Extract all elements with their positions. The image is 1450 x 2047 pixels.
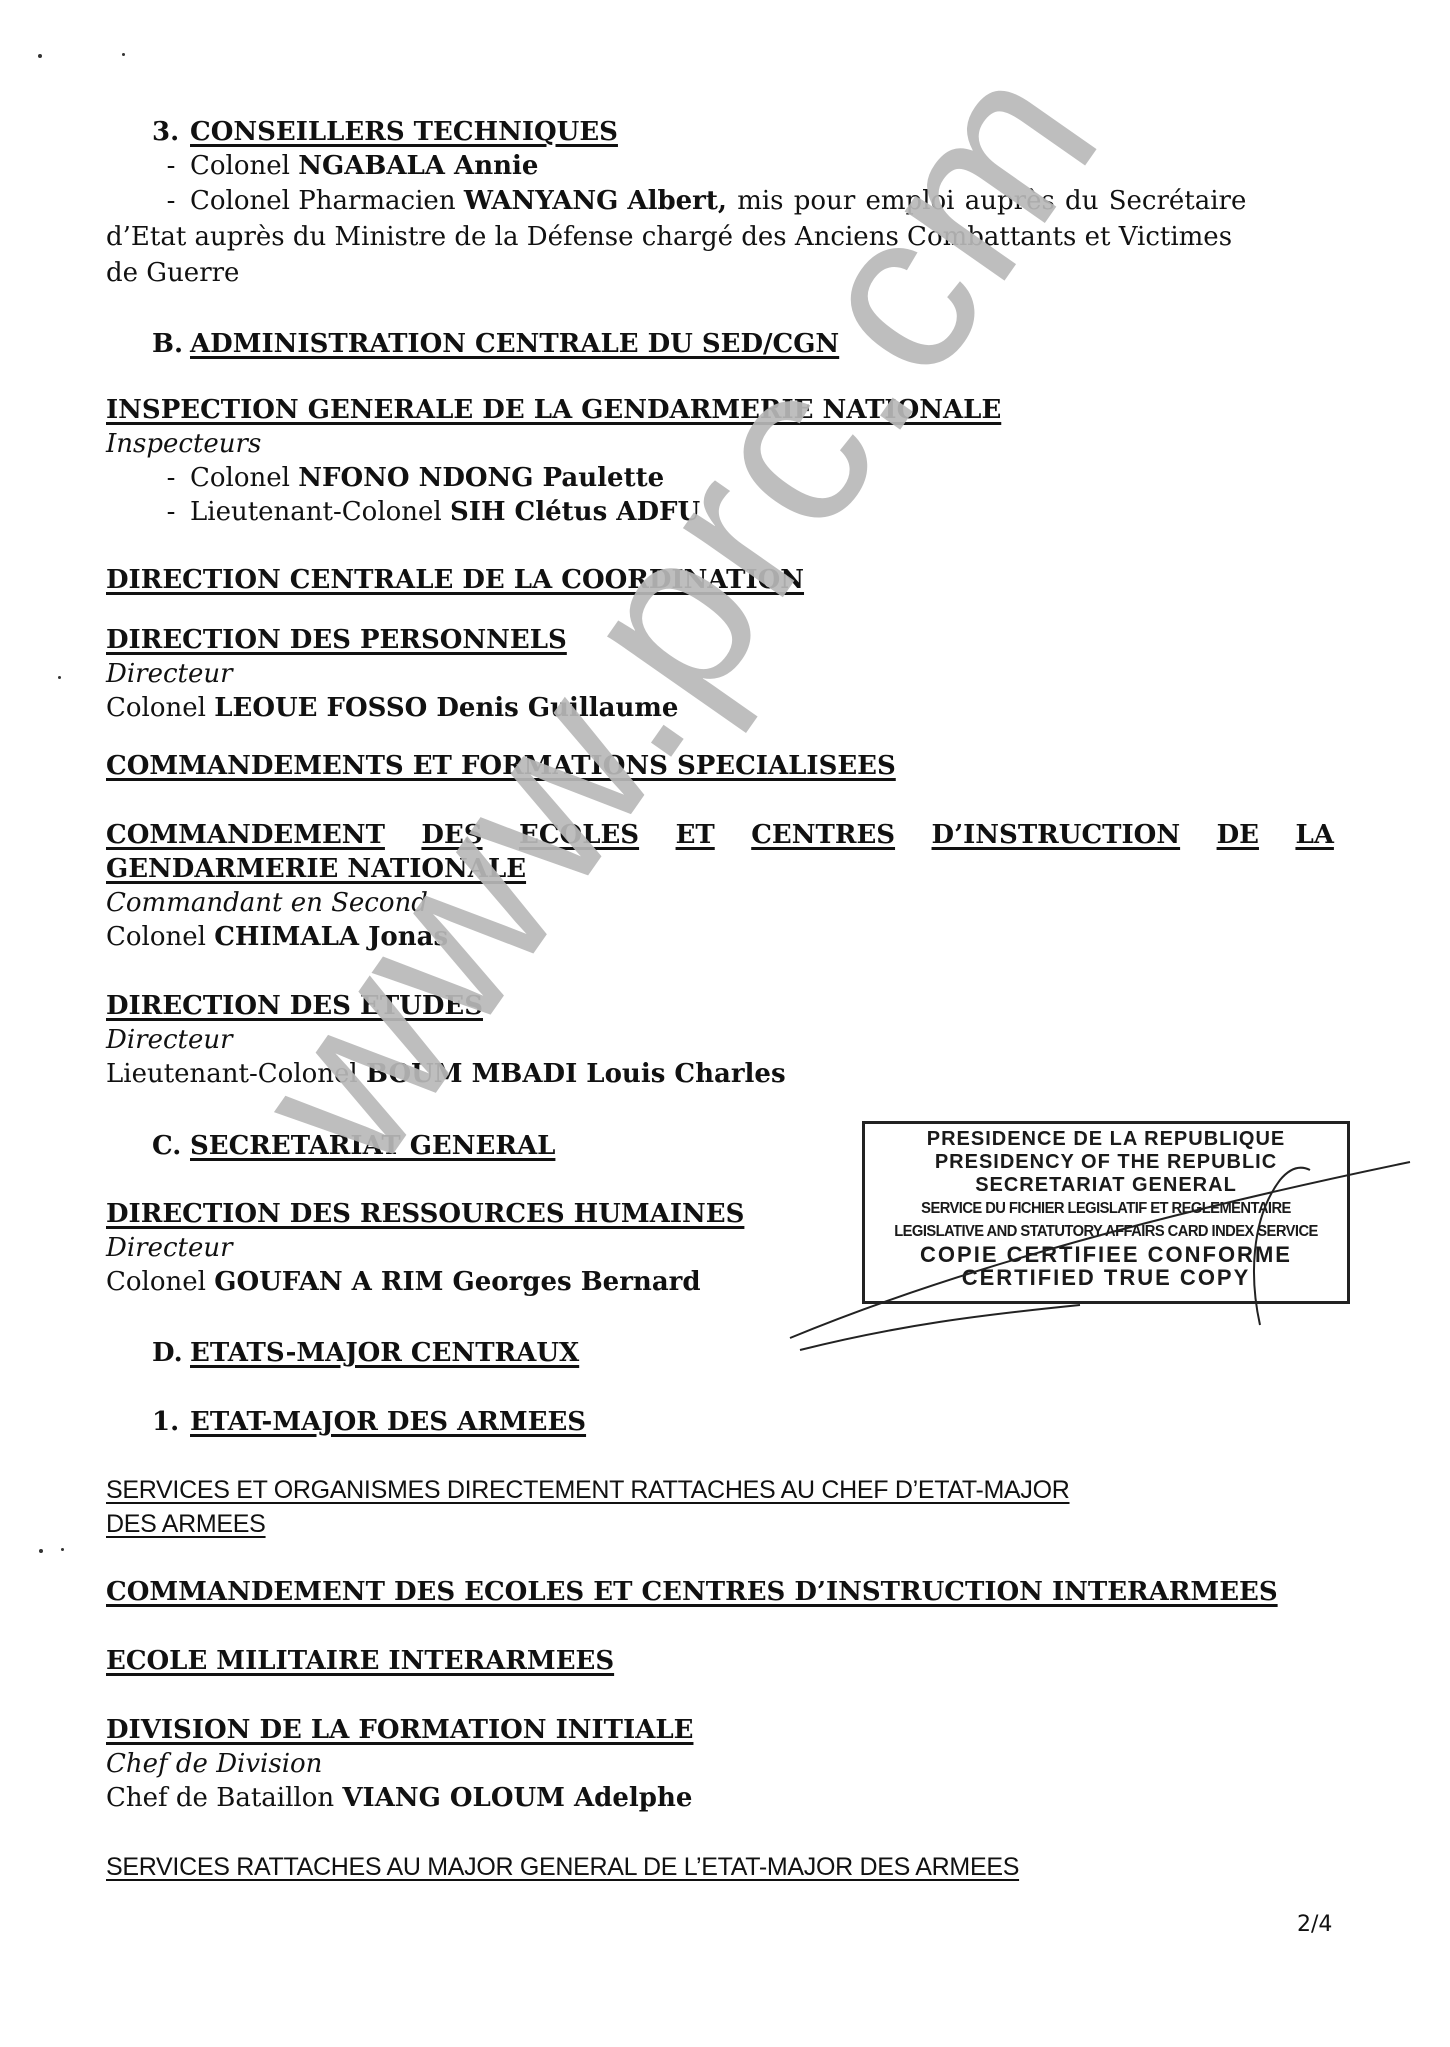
person-name: NFONO NDONG Paulette bbox=[298, 463, 664, 493]
heading-text: SECRETARIAT GENERAL bbox=[190, 1131, 555, 1161]
section-heading-admin-centrale: B.ADMINISTRATION CENTRALE DU SED/CGN bbox=[152, 327, 839, 361]
role-label: Commandant en Second bbox=[106, 886, 428, 920]
scan-speck bbox=[58, 676, 61, 679]
certification-stamp: PRESIDENCE DE LA REPUBLIQUE PRESIDENCY O… bbox=[862, 1121, 1350, 1304]
rank: Colonel bbox=[190, 151, 298, 181]
heading-word: CENTRES bbox=[751, 818, 895, 852]
heading-emia: ECOLE MILITAIRE INTERARMEES bbox=[106, 1644, 614, 1678]
person-name: BOUM MBADI Louis Charles bbox=[366, 1059, 786, 1089]
heading-services-cema: SERVICES ET ORGANISMES DIRECTEMENT RATTA… bbox=[106, 1473, 1070, 1507]
bullet-dash: - bbox=[152, 184, 190, 218]
heading-ressources-humaines: DIRECTION DES RESSOURCES HUMAINES bbox=[106, 1197, 744, 1231]
document-page: 3.CONSEILLERS TECHNIQUES -Colonel NGABAL… bbox=[0, 0, 1450, 2047]
list-item: -Lieutenant-Colonel SIH Clétus ADFU bbox=[152, 495, 700, 529]
heading-ecoles-gn-line2: GENDARMERIE NATIONALE bbox=[106, 852, 526, 886]
role-label: Directeur bbox=[106, 1231, 233, 1265]
heading-word: D’INSTRUCTION bbox=[932, 818, 1181, 852]
person-line: Colonel LEOUE FOSSO Denis Guillaume bbox=[106, 691, 678, 725]
person-name: WANYANG Albert, bbox=[464, 186, 727, 216]
person-line: Lieutenant-Colonel BOUM MBADI Louis Char… bbox=[106, 1057, 786, 1091]
person-name: GOUFAN A RIM Georges Bernard bbox=[214, 1267, 700, 1297]
heading-ecoles-gn: COMMANDEMENT DES ECOLES ET CENTRES D’INS… bbox=[106, 818, 1334, 852]
heading-commandements: COMMANDEMENTS ET FORMATIONS SPECIALISEES bbox=[106, 749, 896, 783]
scan-speck bbox=[122, 53, 125, 56]
rank: Colonel bbox=[106, 922, 214, 952]
heading-text: ETATS-MAJOR CENTRAUX bbox=[190, 1338, 579, 1368]
heading-word: DE bbox=[1217, 818, 1259, 852]
list-item: -Colonel NFONO NDONG Paulette bbox=[152, 461, 664, 495]
rank: Chef de Bataillon bbox=[106, 1783, 342, 1813]
heading-text: ADMINISTRATION CENTRALE DU SED/CGN bbox=[190, 329, 839, 359]
rank: Lieutenant-Colonel bbox=[190, 497, 450, 527]
heading-services-cema-line2: DES ARMEES bbox=[106, 1507, 266, 1541]
scan-speck bbox=[39, 1549, 43, 1553]
stamp-line: PRESIDENCE DE LA REPUBLIQUE bbox=[865, 1128, 1347, 1151]
heading-coordination: DIRECTION CENTRALE DE LA COORDINATION bbox=[106, 563, 804, 597]
section-number: 1. bbox=[152, 1405, 190, 1439]
stamp-line: SERVICE DU FICHIER LEGISLATIF ET REGLEME… bbox=[884, 1197, 1327, 1220]
section-heading-conseillers: 3.CONSEILLERS TECHNIQUES bbox=[152, 115, 618, 149]
stamp-line: PRESIDENCY OF THE REPUBLIC bbox=[865, 1151, 1347, 1174]
heading-text: ETAT-MAJOR DES ARMEES bbox=[190, 1407, 586, 1437]
bullet-dash: - bbox=[152, 149, 190, 183]
section-heading-etats-major: D.ETATS-MAJOR CENTRAUX bbox=[152, 1336, 579, 1370]
heading-services-major-general: SERVICES RATTACHES AU MAJOR GENERAL DE L… bbox=[106, 1850, 1019, 1884]
rank: Colonel bbox=[106, 1267, 214, 1297]
section-heading-secretariat: C.SECRETARIAT GENERAL bbox=[152, 1129, 555, 1163]
scan-speck bbox=[61, 1548, 64, 1551]
role-label: Chef de Division bbox=[106, 1747, 322, 1781]
section-letter: B. bbox=[152, 327, 190, 361]
assignment-note-line: d’Etat auprès du Ministre de la Défense … bbox=[106, 220, 1232, 254]
role-label: Directeur bbox=[106, 657, 233, 691]
heading-text: CONSEILLERS TECHNIQUES bbox=[190, 117, 618, 147]
scan-speck bbox=[38, 54, 42, 58]
assignment-note: mis pour emploi auprès du Secrétaire bbox=[727, 186, 1246, 216]
bullet-dash: - bbox=[152, 461, 190, 495]
section-number: 3. bbox=[152, 115, 190, 149]
bullet-dash: - bbox=[152, 495, 190, 529]
person-name: NGABALA Annie bbox=[298, 151, 538, 181]
rank: Colonel bbox=[106, 693, 214, 723]
stamp-line: CERTIFIED TRUE COPY bbox=[865, 1266, 1347, 1289]
person-line: Chef de Bataillon VIANG OLOUM Adelphe bbox=[106, 1781, 692, 1815]
person-name: SIH Clétus ADFU bbox=[450, 497, 700, 527]
list-item: -Colonel NGABALA Annie bbox=[152, 149, 538, 183]
rank: Lieutenant-Colonel bbox=[106, 1059, 366, 1089]
heading-word: LA bbox=[1295, 818, 1333, 852]
rank: Colonel Pharmacien bbox=[190, 186, 464, 216]
heading-word: ECOLES bbox=[519, 818, 639, 852]
stamp-line: LEGISLATIVE AND STATUTORY AFFAIRS CARD I… bbox=[884, 1220, 1327, 1243]
heading-inspection-generale: INSPECTION GENERALE DE LA GENDARMERIE NA… bbox=[106, 393, 1001, 427]
section-letter: C. bbox=[152, 1129, 190, 1163]
role-label: Directeur bbox=[106, 1023, 233, 1057]
person-line: Colonel CHIMALA Jonas bbox=[106, 920, 448, 954]
heading-word: COMMANDEMENT bbox=[106, 818, 385, 852]
stamp-line: SECRETARIAT GENERAL bbox=[865, 1174, 1347, 1197]
rank: Colonel bbox=[190, 463, 298, 493]
person-line: Colonel GOUFAN A RIM Georges Bernard bbox=[106, 1265, 701, 1299]
person-name: CHIMALA Jonas bbox=[214, 922, 448, 952]
heading-word: ET bbox=[676, 818, 715, 852]
stamp-line: COPIE CERTIFIEE CONFORME bbox=[865, 1243, 1347, 1266]
person-name: VIANG OLOUM Adelphe bbox=[342, 1783, 692, 1813]
heading-formation-initiale: DIVISION DE LA FORMATION INITIALE bbox=[106, 1713, 693, 1747]
person-name: LEOUE FOSSO Denis Guillaume bbox=[214, 693, 678, 723]
section-letter: D. bbox=[152, 1336, 190, 1370]
heading-word: DES bbox=[421, 818, 482, 852]
list-item: -Colonel Pharmacien WANYANG Albert, mis … bbox=[152, 184, 1246, 218]
assignment-note-line: de Guerre bbox=[106, 256, 239, 290]
heading-cecia: COMMANDEMENT DES ECOLES ET CENTRES D’INS… bbox=[106, 1575, 1278, 1609]
heading-etudes: DIRECTION DES ETUDES bbox=[106, 989, 483, 1023]
section-heading-ema: 1.ETAT-MAJOR DES ARMEES bbox=[152, 1405, 586, 1439]
heading-personnels: DIRECTION DES PERSONNELS bbox=[106, 623, 567, 657]
role-label: Inspecteurs bbox=[106, 427, 261, 461]
page-number: 2/4 bbox=[1297, 1912, 1332, 1937]
